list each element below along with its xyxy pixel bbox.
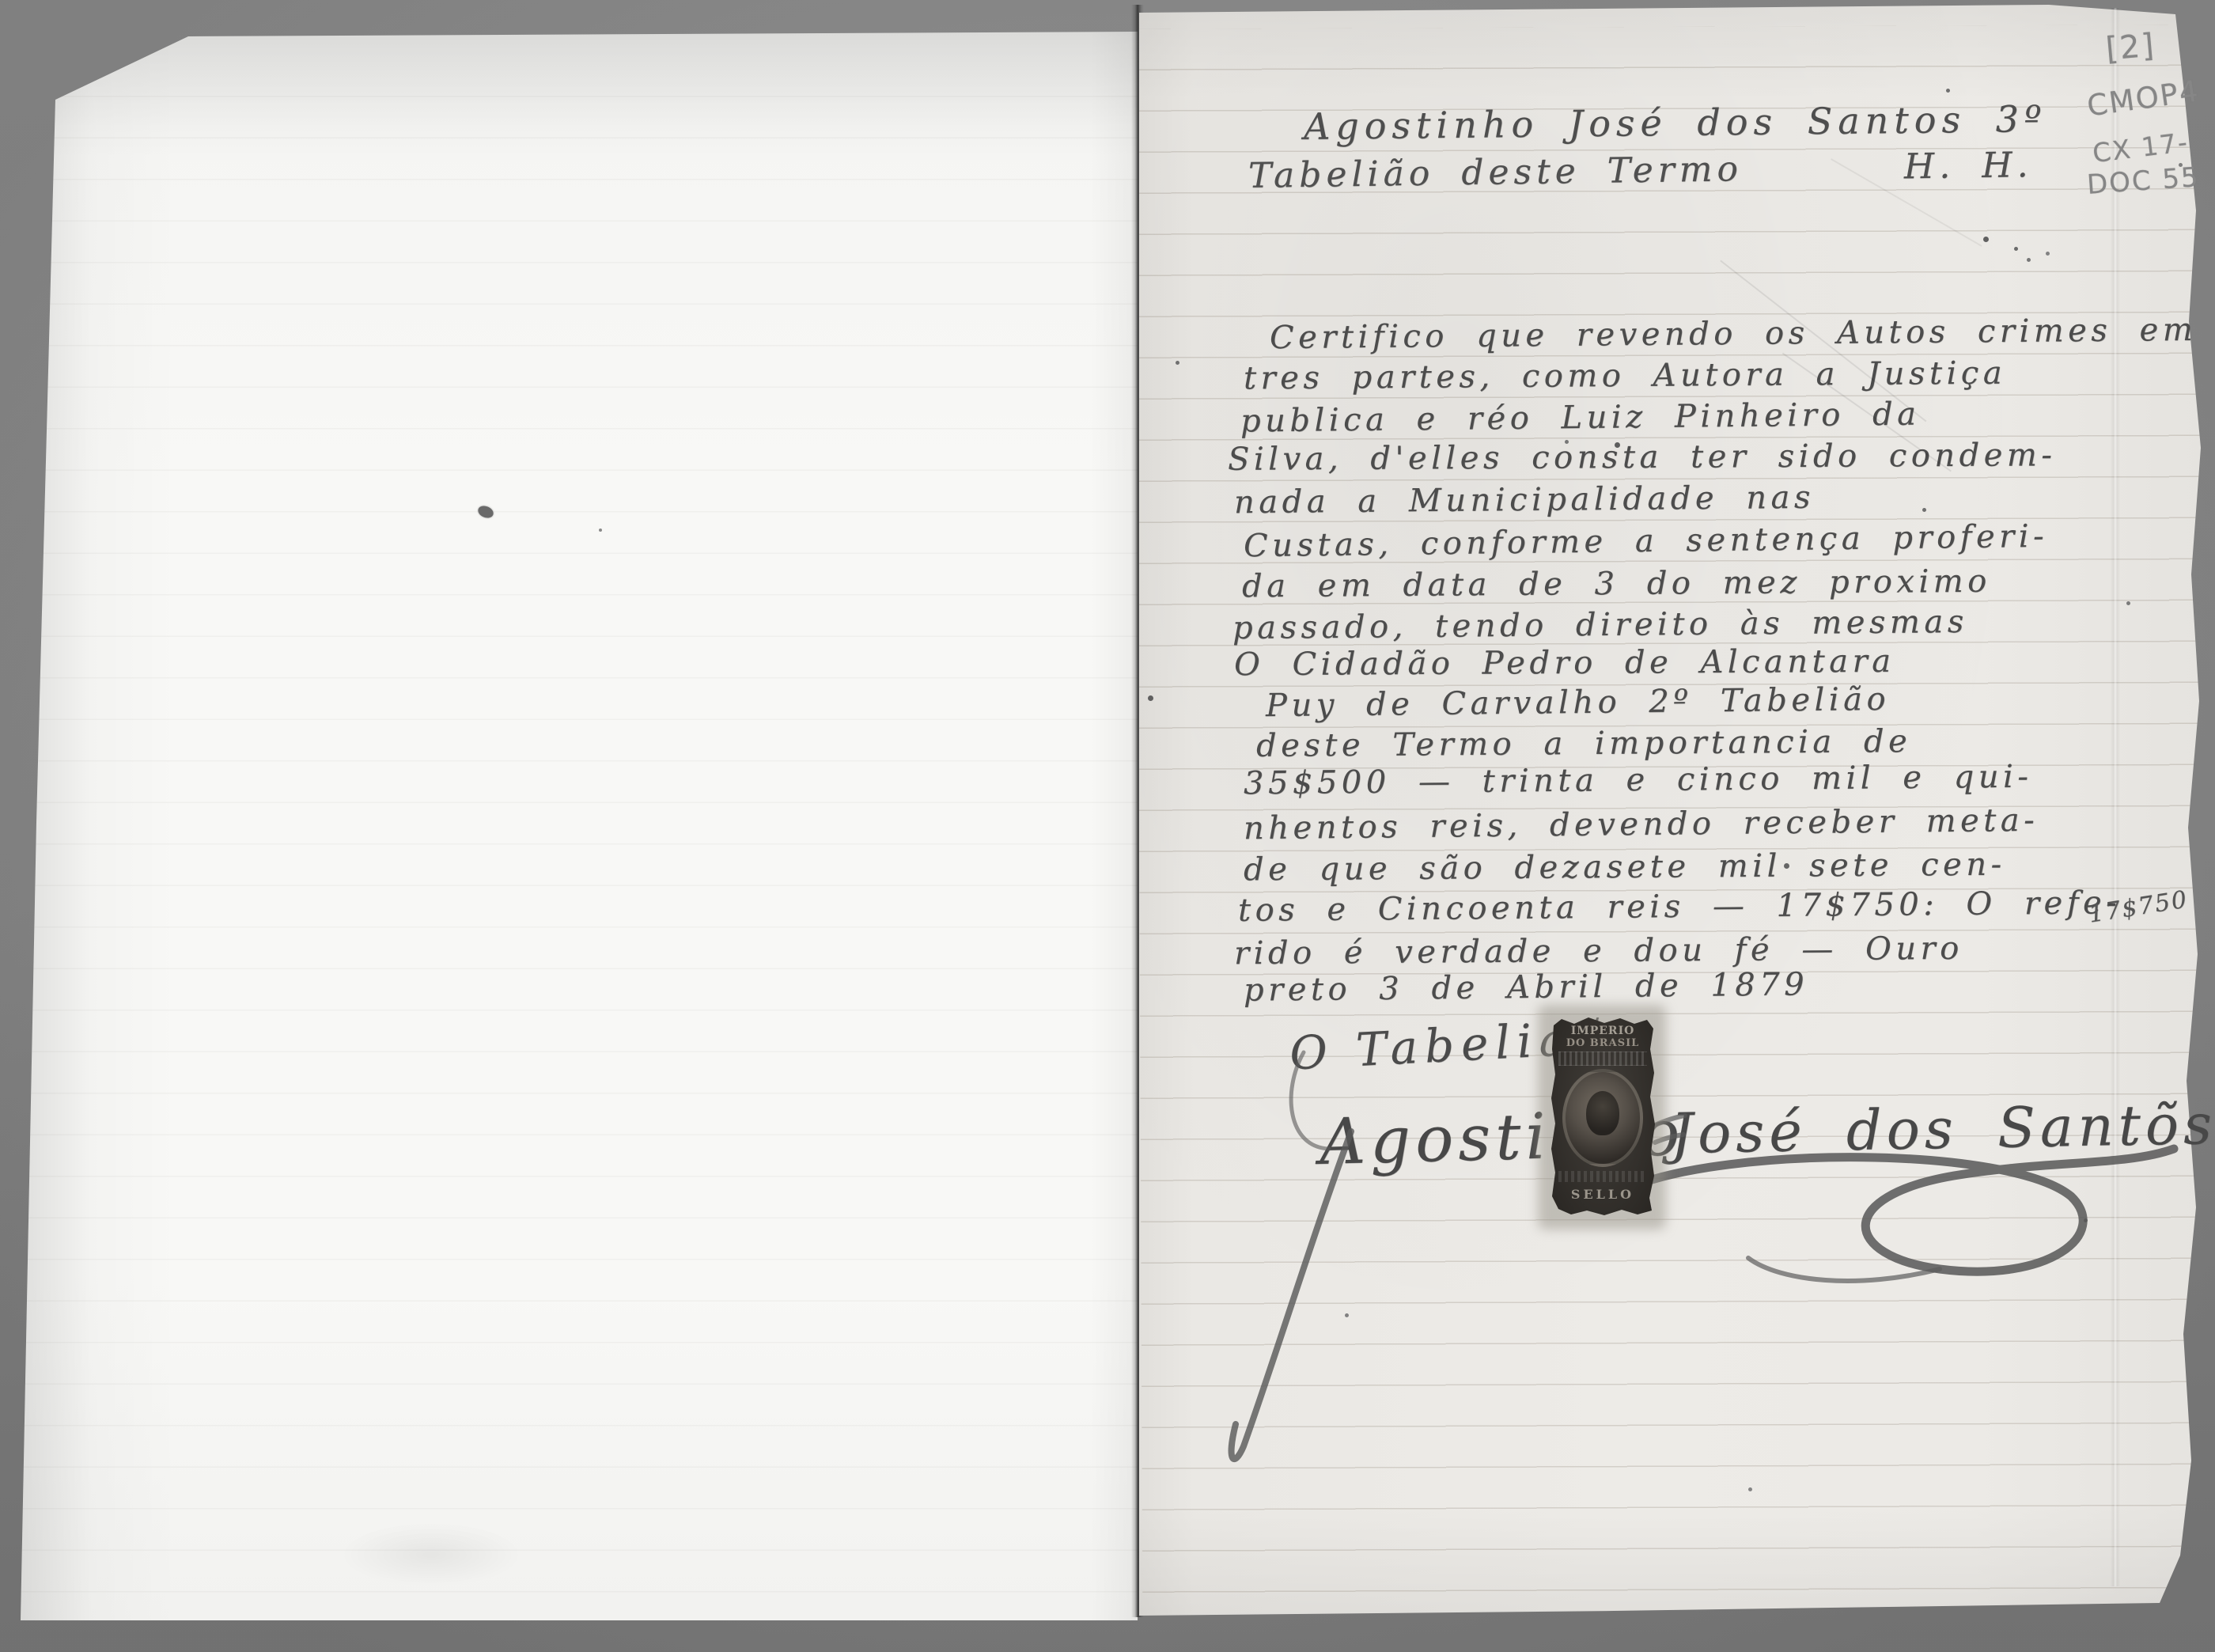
body-line: da em data de 3 do mez proximo xyxy=(1242,566,1991,603)
archival-doc-mark: DOC 55 xyxy=(2086,164,2201,199)
body-line: passado, tendo direito às mesmas xyxy=(1232,606,1968,644)
left-page-ruled-lines xyxy=(21,55,1138,1620)
header-line-1: Agostinho José dos Santos 3º xyxy=(1304,100,2047,145)
left-page xyxy=(21,32,1138,1620)
body-line: publica e réo Luiz Pinheiro da xyxy=(1240,399,1921,438)
stamp-country-line-1: IMPERIO xyxy=(1571,1025,1635,1037)
body-line: 35$500 — trinta e cinco mil e qui- xyxy=(1244,761,2033,800)
body-line: tres partes, como Autora a Justiça xyxy=(1244,358,2006,395)
body-line: nhentos reis, devendo receber meta- xyxy=(1244,805,2039,845)
vertical-crease xyxy=(2111,8,2120,1586)
document-scan: Agostinho José dos Santos 3º Tabelião de… xyxy=(0,0,2215,1652)
stamp-sello-label: SELLO xyxy=(1571,1187,1634,1202)
body-line: tos e Cincoenta reis — 17$750: O refe- xyxy=(1238,887,2122,926)
body-line: Puy de Carvalho 2º Tabelião xyxy=(1266,684,1890,722)
archival-page-mark: [2] xyxy=(2104,29,2156,65)
body-line: deste Termo a importancia de xyxy=(1256,726,1911,762)
body-line: Custas, conforme a sentença proferi- xyxy=(1244,521,2048,562)
signature-last-name: José dos Santõs xyxy=(1670,1097,2215,1161)
body-line: de que são dezasete mil sete cen- xyxy=(1244,849,2006,886)
body-line: preto 3 de Abril de 1879 xyxy=(1244,968,1809,1006)
ink-flecks xyxy=(0,0,4,4)
body-line: O Cidadão Pedro de Alcantara xyxy=(1234,646,1895,680)
stamp-ornament-band xyxy=(1558,1171,1647,1182)
stamp-portrait-oval xyxy=(1562,1069,1643,1167)
stamp-ornament-band xyxy=(1558,1051,1647,1066)
ink-dot xyxy=(599,529,602,532)
stamp-portrait-head xyxy=(1586,1091,1619,1135)
body-line: Certifico que revendo os Autos crimes em xyxy=(1270,314,2197,354)
body-line: nada a Municipalidade nas xyxy=(1234,482,1815,518)
ghost-smudge xyxy=(340,1523,522,1586)
stamp-country-line-2: DO BRASIL xyxy=(1566,1037,1640,1049)
revenue-stamp: IMPERIO DO BRASIL SELLO xyxy=(1550,1017,1655,1215)
body-line: rido é verdade e dou fé — Ouro xyxy=(1234,933,1963,969)
